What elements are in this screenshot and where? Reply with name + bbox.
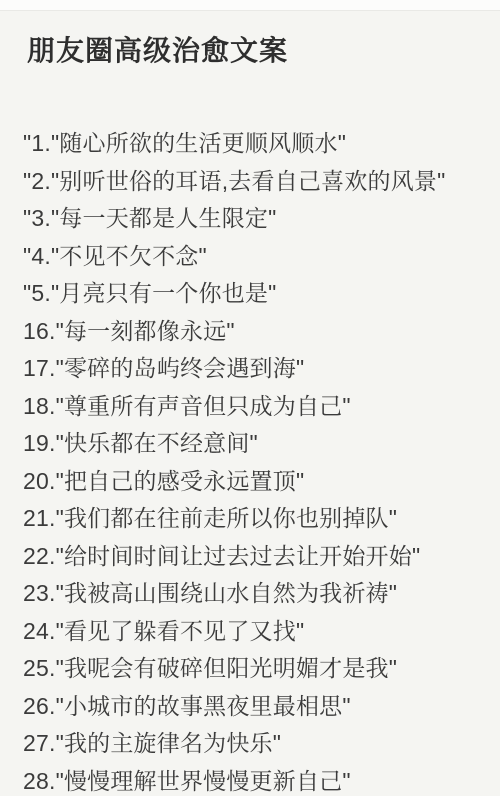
list-item: 27."我的主旋律名为快乐": [23, 725, 500, 763]
list-item: 18."尊重所有声音但只成为自己": [23, 388, 500, 426]
top-strip: [0, 0, 500, 11]
list-item: 23."我被高山围绕山水自然为我祈祷": [23, 575, 500, 613]
list-item: "1."随心所欲的生活更顺风顺水": [23, 125, 500, 163]
list-item: "5."月亮只有一个你也是": [23, 275, 500, 313]
list-item: 16."每一刻都像永远": [23, 313, 500, 351]
list-item: 20."把自己的感受永远置顶": [23, 463, 500, 501]
list-item: "2."别听世俗的耳语,去看自己喜欢的风景": [23, 163, 500, 201]
list-item: "4."不见不欠不念": [23, 238, 500, 276]
page: 朋友圈高级治愈文案 "1."随心所欲的生活更顺风顺水""2."别听世俗的耳语,去…: [0, 0, 500, 796]
list-item: 28."慢慢理解世界慢慢更新自己": [23, 763, 500, 796]
list-item: 17."零碎的岛屿终会遇到海": [23, 350, 500, 388]
list-item: 26."小城市的故事黑夜里最相思": [23, 688, 500, 726]
list-item: 25."我呢会有破碎但阳光明媚才是我": [23, 650, 500, 688]
quote-list: "1."随心所欲的生活更顺风顺水""2."别听世俗的耳语,去看自己喜欢的风景""…: [0, 125, 500, 796]
list-item: 22."给时间时间让过去过去让开始开始": [23, 538, 500, 576]
list-item: 19."快乐都在不经意间": [23, 425, 500, 463]
list-item: "3."每一天都是人生限定": [23, 200, 500, 238]
list-item: 24."看见了躲看不见了又找": [23, 613, 500, 651]
list-item: 21."我们都在往前走所以你也别掉队": [23, 500, 500, 538]
page-title: 朋友圈高级治愈文案: [27, 35, 500, 67]
